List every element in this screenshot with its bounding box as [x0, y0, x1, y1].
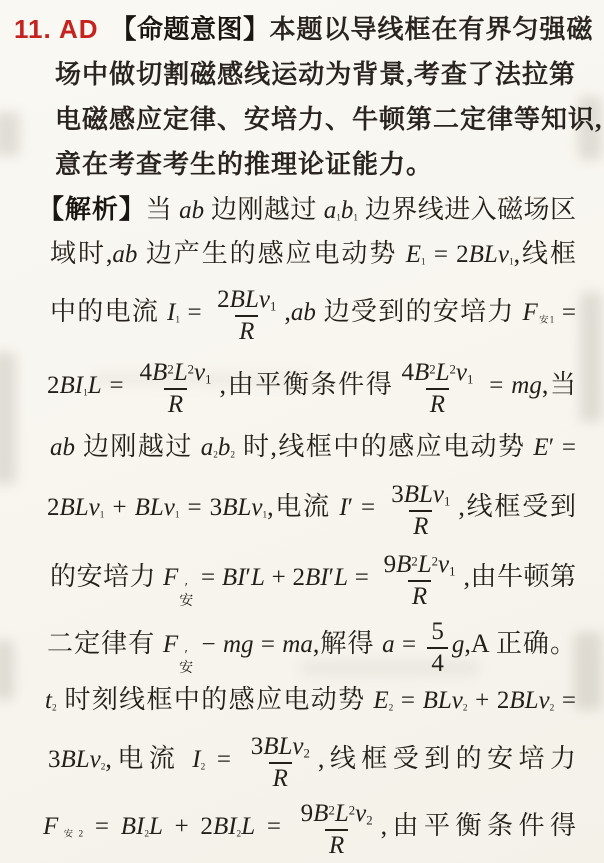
- math-operand: 4: [140, 359, 153, 386]
- math-operand: =: [481, 372, 511, 399]
- math-variable: E: [406, 241, 421, 268]
- analysis-line-2: 域时,ab 边产生的感应电动势 E1 = 2BLv1,线框: [0, 231, 576, 276]
- body-text: ,由平衡条件得: [219, 370, 393, 399]
- answer-label: 11. AD: [14, 14, 99, 44]
- math-variable: L: [241, 813, 255, 840]
- math-operand: =: [194, 564, 222, 591]
- body-text: 边刚越过: [204, 195, 324, 224]
- math-variable: E: [373, 687, 388, 714]
- math-variable: L: [436, 359, 450, 386]
- math-variable: BLv: [423, 687, 463, 714]
- math-operand: +: [104, 494, 134, 521]
- math-variable: R: [412, 583, 427, 610]
- fraction: 3BLv1R: [387, 481, 454, 541]
- fraction: 4B2L2v1R: [397, 359, 477, 419]
- math-operand: + 2: [265, 564, 305, 591]
- math-variable: L: [335, 800, 349, 827]
- analysis-line-5: ab 边刚越过 a2b2 时,线框中的感应电动势 E′ =: [0, 422, 576, 472]
- body-text: ,电流: [267, 492, 339, 521]
- math-variable: mg: [511, 372, 542, 399]
- textbook-page: { "question_number": "11", "answer": "AD…: [0, 0, 604, 863]
- body-text: 时,线框中的感应电动势: [235, 432, 533, 461]
- math-variable: mg: [223, 631, 254, 658]
- math-operand: ′ =: [549, 434, 576, 461]
- body-text: 当: [146, 195, 179, 224]
- math-variable: BI: [305, 564, 329, 591]
- math-operand: 2: [217, 286, 230, 313]
- math-variable: I: [339, 494, 347, 521]
- intent-text: 电磁感应定律、安培力、牛顿第二定律等知识,: [55, 105, 603, 134]
- fraction-denominator: R: [235, 315, 258, 346]
- math-variable: a: [382, 631, 395, 658]
- fraction-denominator: R: [426, 388, 449, 419]
- body-text: 边刚越过: [75, 432, 201, 461]
- math-variable: B: [152, 359, 167, 386]
- math-variable: ma: [282, 631, 313, 658]
- solution-panel: 11. AD【命题意图】本题以导线框在有界匀强磁场中做切割磁感线运动为背景,考查…: [0, 7, 604, 858]
- intent-text: 场中做切割磁感线运动为背景,考查了法拉第: [55, 60, 576, 89]
- fraction-denominator: R: [269, 762, 292, 793]
- math-operand: =: [348, 564, 376, 591]
- math-variable: BLv: [60, 494, 100, 521]
- math-operand: 2: [47, 372, 60, 399]
- math-subscript: 安2: [58, 830, 83, 840]
- body-text: ,由平衡条件得: [381, 811, 576, 840]
- body-text: 边界线进入磁场区: [358, 195, 576, 224]
- fraction-denominator: R: [408, 580, 431, 611]
- stack-subscript: 安: [179, 595, 193, 608]
- intent-line-1: 11. AD【命题意图】本题以导线框在有界匀强磁: [0, 7, 576, 52]
- math-variable: R: [430, 391, 445, 418]
- body-text: ,线框受到: [458, 492, 576, 521]
- fraction-numerator: 2BLv1: [213, 286, 280, 315]
- math-variable: v: [194, 359, 205, 386]
- math-operand: + 2: [163, 813, 213, 840]
- math-variable: R: [168, 391, 183, 418]
- math-variable: BLv: [469, 241, 509, 268]
- fraction-denominator: R: [409, 510, 432, 541]
- body-text: 的安培力: [50, 562, 163, 591]
- intent-text: 本题以导线框在有界匀强磁: [270, 15, 594, 44]
- stacked-script: ′安: [179, 649, 193, 676]
- body-text: 二定律有: [47, 629, 163, 658]
- fraction-numerator: 5: [427, 618, 448, 647]
- body-text: ,电流: [105, 744, 192, 773]
- body-text: 边产生的感应电动势: [137, 239, 405, 268]
- body-text: ,当: [542, 370, 576, 399]
- analysis-line-4: 2BI1L = 4B2L2v1R,由平衡条件得4B2L2v1R = mg,当: [0, 348, 576, 422]
- math-operand: + 2: [468, 687, 510, 714]
- math-operand: −: [194, 631, 223, 658]
- math-variable: a: [201, 434, 214, 461]
- math-operand: 2: [47, 494, 60, 521]
- analysis-line-11: F安2 = BI2L + 2BI2L = 9B2L2v2R,由平衡条件得: [0, 794, 576, 858]
- math-variable: ab: [179, 197, 204, 224]
- fraction: 54: [427, 618, 448, 678]
- section-label: 【命题意图】: [111, 14, 270, 44]
- math-variable: F: [43, 813, 58, 840]
- analysis-line-10: 3BLv2,电流 I2 = 3BLv2R,线框受到的安培力: [0, 724, 576, 794]
- body-text: 时刻线框中的感应电动势: [57, 685, 374, 714]
- section-label: 【解析】: [38, 194, 146, 224]
- math-variable: BI: [213, 813, 237, 840]
- math-variable: L: [251, 564, 265, 591]
- math-variable: R: [239, 318, 254, 345]
- fraction-denominator: R: [164, 388, 187, 419]
- fraction-numerator: 4B2L2v1: [136, 359, 216, 388]
- math-variable: F: [163, 564, 178, 591]
- math-operand: = 3: [180, 494, 223, 521]
- math-operand: 3: [48, 746, 61, 773]
- fraction-numerator: 9B2L2v1: [380, 551, 460, 580]
- math-subscript: 1: [270, 300, 276, 314]
- math-subscript: 1: [467, 373, 473, 387]
- math-operand: 9: [384, 551, 397, 578]
- math-operand: ′ =: [348, 494, 384, 521]
- math-variable: t: [45, 687, 52, 714]
- math-operand: =: [393, 687, 422, 714]
- math-operand: =: [395, 631, 424, 658]
- math-variable: L: [88, 372, 102, 399]
- math-operand: 3: [251, 733, 264, 760]
- analysis-line-6: 2BLv1 + BLv1 = 3BLv1,电流 I′ = 3BLv1R,线框受到: [0, 472, 576, 542]
- math-operand: =: [102, 372, 132, 399]
- math-operand: =: [83, 813, 121, 840]
- math-variable: L: [334, 564, 348, 591]
- fraction: 9B2L2v1R: [380, 551, 460, 611]
- math-variable: BLv: [263, 733, 303, 760]
- math-variable: BI: [60, 372, 84, 399]
- math-variable: ab: [112, 241, 137, 268]
- math-variable: R: [329, 832, 344, 859]
- math-subscript: 2: [366, 814, 372, 828]
- math-variable: F: [163, 631, 178, 658]
- body-text: 中的电流: [50, 297, 167, 326]
- math-subscript: 1: [205, 373, 211, 387]
- math-variable: E: [533, 434, 548, 461]
- math-variable: BI: [121, 813, 145, 840]
- math-operand: =: [205, 746, 243, 773]
- math-variable: BLv: [135, 494, 175, 521]
- math-operand: 5: [431, 618, 444, 645]
- math-variable: R: [273, 765, 288, 792]
- math-operand: =: [554, 687, 576, 714]
- math-subscript: 1: [444, 495, 450, 509]
- math-operand: =: [554, 299, 576, 326]
- math-variable: L: [418, 551, 432, 578]
- math-variable: BI: [222, 564, 246, 591]
- math-operand: =: [254, 631, 283, 658]
- math-variable: a: [324, 197, 337, 224]
- body-text: 边受到的安培力: [316, 297, 523, 326]
- math-variable: B: [414, 359, 429, 386]
- math-variable: I: [192, 746, 200, 773]
- math-variable: L: [149, 813, 163, 840]
- math-variable: R: [413, 513, 428, 540]
- intent-line-4: 意在考查考生的推理论证能力。: [0, 142, 576, 187]
- math-variable: b: [218, 434, 231, 461]
- math-operand: =: [180, 299, 209, 326]
- math-operand: 3: [391, 481, 404, 508]
- fraction-numerator: 4B2L2v1: [397, 359, 477, 388]
- intent-text: 意在考查考生的推理论证能力。: [55, 150, 433, 179]
- intent-line-3: 电磁感应定律、安培力、牛顿第二定律等知识,: [0, 97, 576, 142]
- stacked-script: ′安: [179, 582, 193, 609]
- math-operand: 9: [301, 800, 314, 827]
- math-variable: BLv: [230, 286, 270, 313]
- math-variable: F: [523, 299, 538, 326]
- math-variable: B: [396, 551, 411, 578]
- analysis-line-9: t2 时刻线框中的感应电动势 E2 = BLv2 + 2BLv2 =: [0, 676, 576, 724]
- math-variable: ab: [291, 299, 316, 326]
- stack-subscript: 安: [179, 662, 193, 675]
- fraction: 4B2L2v1R: [136, 359, 216, 419]
- math-subscript: 2: [304, 747, 310, 761]
- math-operand: =: [255, 813, 293, 840]
- math-operand: 4: [431, 650, 444, 677]
- math-variable: v: [438, 551, 449, 578]
- fraction-denominator: R: [325, 829, 348, 860]
- fraction-numerator: 9B2L2v2: [297, 800, 377, 829]
- math-variable: BLv: [61, 746, 101, 773]
- math-operand: 4: [401, 359, 414, 386]
- math-variable: BLv: [509, 687, 549, 714]
- math-subscript: 安1: [538, 316, 555, 326]
- fraction: 2BLv1R: [213, 286, 280, 346]
- body-text: ,解得: [313, 629, 382, 658]
- math-operand: = 2: [426, 241, 469, 268]
- math-variable: BLv: [222, 494, 262, 521]
- math-variable: b: [341, 197, 354, 224]
- fraction: 3BLv2R: [247, 733, 314, 793]
- math-variable: L: [174, 359, 188, 386]
- fraction: 9B2L2v2R: [297, 800, 377, 860]
- analysis-line-1: 【解析】当 ab 边刚越过 a1b1 边界线进入磁场区: [0, 187, 576, 231]
- analysis-line-3: 中的电流 I1 = 2BLv1R,ab 边受到的安培力 F安1 =: [0, 276, 576, 348]
- body-text: ,线框受到的安培力: [318, 744, 576, 773]
- fraction-numerator: 3BLv2: [247, 733, 314, 762]
- intent-line-2: 场中做切割磁感线运动为背景,考查了法拉第: [0, 52, 576, 97]
- body-text: ,由牛顿第: [464, 562, 577, 591]
- fraction-denominator: 4: [427, 647, 448, 678]
- math-variable: ab: [50, 434, 75, 461]
- math-variable: g: [452, 631, 465, 658]
- math-subscript: 1: [449, 565, 455, 579]
- body-text: ,A 正确。: [464, 629, 576, 658]
- math-variable: v: [456, 359, 467, 386]
- analysis-line-7: 的安培力 F′安 = BI′L + 2BI′L = 9B2L2v1R,由牛顿第: [0, 542, 576, 612]
- math-variable: BLv: [404, 481, 444, 508]
- body-text: ,线框: [514, 239, 576, 268]
- body-text: 域时,: [50, 239, 112, 268]
- fraction-numerator: 3BLv1: [387, 481, 454, 510]
- math-variable: B: [313, 800, 328, 827]
- analysis-line-8: 二定律有 F′安 − mg = ma,解得 a = 54g,A 正确。: [0, 612, 576, 676]
- math-variable: v: [355, 800, 366, 827]
